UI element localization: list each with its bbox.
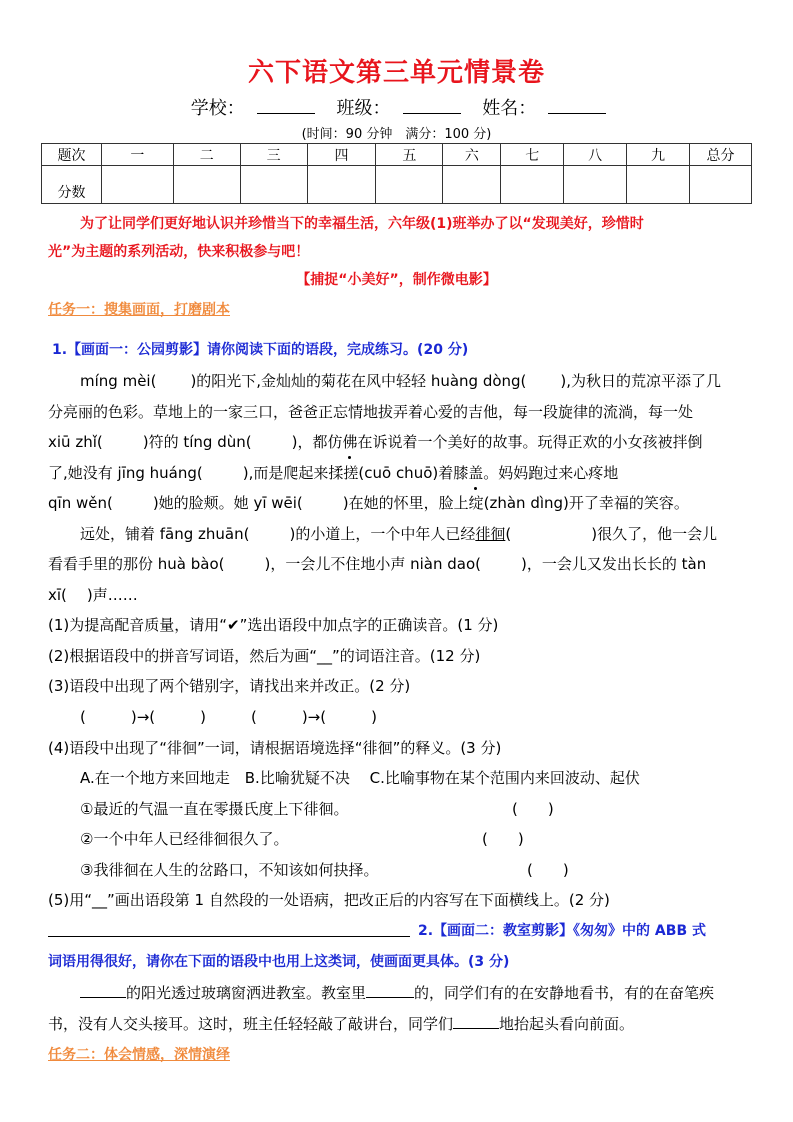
col-header: 六 <box>443 144 501 166</box>
school-blank[interactable] <box>257 97 315 114</box>
sub4-item-3-bracket[interactable]: ( ) <box>527 859 569 880</box>
sub4-item-3: ③我徘徊在人生的岔路口，不知该如何抉择。 <box>80 859 378 880</box>
score-cell[interactable] <box>173 166 240 204</box>
score-cell[interactable] <box>307 166 376 204</box>
student-info: 学校： 班级： 姓名： <box>0 94 793 120</box>
sub4-item-2-bracket[interactable]: ( ) <box>482 828 524 849</box>
p1-line-3: xiū zhǐ()符的 tíng dùn()，都仿佛在诉说着一个美好的故事。玩得… <box>48 431 702 452</box>
p2-line-2: 看看手里的那份 huà bào()，一会儿不住地小声 niàn dao()，一会… <box>48 553 706 574</box>
sub-question-4: (4)语段中出现了“徘徊”一词，请根据语境选择“徘徊”的释义。(3 分) <box>48 737 501 758</box>
name-label: 姓名： <box>482 98 536 119</box>
col-header: 三 <box>240 144 307 166</box>
score-cell[interactable] <box>501 166 564 204</box>
score-cell[interactable] <box>240 166 307 204</box>
q2-heading-2: 词语用得很好，请你在下面的语段中也用上这类词，使画面更具体。(3 分) <box>48 951 509 971</box>
sub-question-3: (3)语段中出现了两个错别字，请找出来并改正。(2 分) <box>48 675 410 696</box>
class-blank[interactable] <box>403 97 461 114</box>
exam-meta: (时间：90 分钟 满分：100 分) <box>0 123 793 142</box>
sub-question-4-options: A.在一个地方来回地走 B.比喻犹疑不决 C.比喻事物在某个范围内来回波动、起伏 <box>80 767 640 788</box>
row-label-questions: 题次 <box>42 144 102 166</box>
score-cell-total[interactable] <box>689 166 751 204</box>
score-cell[interactable] <box>376 166 443 204</box>
p2-line-3: xī()声…… <box>48 584 138 605</box>
p1-line-4: 了,她没有 jīng huáng(),而是爬起来揉搓(cuō chuō)着膝盖。… <box>48 462 618 483</box>
sub-question-5: (5)用“__”画出语段第 1 自然段的一处语病，把改正后的内容写在下面横线上。… <box>48 889 610 910</box>
score-cell[interactable] <box>443 166 501 204</box>
score-cell[interactable] <box>101 166 173 204</box>
intro-line-2: 光”为主题的系列活动，快来积极参与吧！ <box>48 241 309 261</box>
emphasis-char: 佛 <box>342 431 357 452</box>
fill-blank[interactable] <box>453 1013 499 1029</box>
q2-line-2: 书，没有人交头接耳。这时，班主任轻轻敲了敲讲台，同学们地抬起头看向前面。 <box>48 1013 634 1034</box>
sub4-item-2: ②一个中年人已经徘徊很久了。 <box>80 828 288 849</box>
col-header-total: 总分 <box>689 144 751 166</box>
col-header: 九 <box>627 144 690 166</box>
sub4-item-1-bracket[interactable]: ( ) <box>512 798 554 819</box>
p1-line-2: 分亮丽的色彩。草地上的一家三口，爸爸正忘情地拔弄着心爱的吉他，每一段旋律的流淌，… <box>48 401 693 422</box>
score-table: 题次 一 二 三 四 五 六 七 八 九 总分 分数 <box>41 143 752 204</box>
intro-line-1: 为了让同学们更好地认识并珍惜当下的幸福生活，六年级(1)班举办了以“发现美好，珍… <box>80 213 644 233</box>
col-header: 二 <box>173 144 240 166</box>
row-label-scores: 分数 <box>42 166 102 204</box>
sub-question-1: (1)为提高配音质量，请用“✔”选出语段中加点字的正确读音。(1 分) <box>48 614 498 635</box>
school-label: 学校： <box>191 98 245 119</box>
class-label: 班级： <box>337 98 391 119</box>
answer-line[interactable] <box>48 920 410 937</box>
col-header: 八 <box>564 144 627 166</box>
col-header: 五 <box>376 144 443 166</box>
task2-heading: 任务二：体会情感，深情演绎 <box>48 1044 230 1064</box>
col-header: 四 <box>307 144 376 166</box>
col-header: 七 <box>501 144 564 166</box>
sub-question-3-answer[interactable]: ( )→( ) ( )→( ) <box>80 706 377 727</box>
p1-line-1: míng mèi()的阳光下,金灿灿的菊花在风中轻轻 huàng dòng(),… <box>80 370 721 391</box>
score-cell[interactable] <box>564 166 627 204</box>
sub4-item-1: ①最近的气温一直在零摄氏度上下徘徊。 <box>80 798 348 819</box>
col-header: 一 <box>101 144 173 166</box>
name-blank[interactable] <box>548 97 606 114</box>
score-cell[interactable] <box>627 166 690 204</box>
p1-line-5: qīn wěn()她的脸颊。她 yī wēi()在她的怀里，脸上绽(zhàn d… <box>48 492 689 513</box>
task1-heading: 任务一：搜集画面，打磨剧本 <box>48 299 230 319</box>
activity-subheading: 【捕捉“小美好”，制作微电影】 <box>0 269 793 289</box>
q1-heading: 1.【画面一：公园剪影】请你阅读下面的语段，完成练习。(20 分) <box>52 339 468 359</box>
fill-blank[interactable] <box>80 982 126 998</box>
underlined-word: 徘徊 <box>475 525 505 543</box>
q2-heading-1: 2.【画面二：教室剪影】《匆匆》中的 ABB 式 <box>418 920 706 940</box>
p2-line-1: 远处，铺着 fāng zhuān()的小道上，一个中年人已经徘徊()很久了，他一… <box>80 523 717 544</box>
sub-question-2: (2)根据语段中的拼音写词语，然后为画“__”的词语注音。(12 分) <box>48 645 480 666</box>
page-title: 六下语文第三单元情景卷 <box>0 52 793 89</box>
emphasis-char: 盖 <box>468 462 483 483</box>
q2-line-1: 的阳光透过玻璃窗洒进教室。教室里的，同学们有的在安静地看书，有的在奋笔疾 <box>80 982 714 1003</box>
fill-blank[interactable] <box>366 982 414 998</box>
